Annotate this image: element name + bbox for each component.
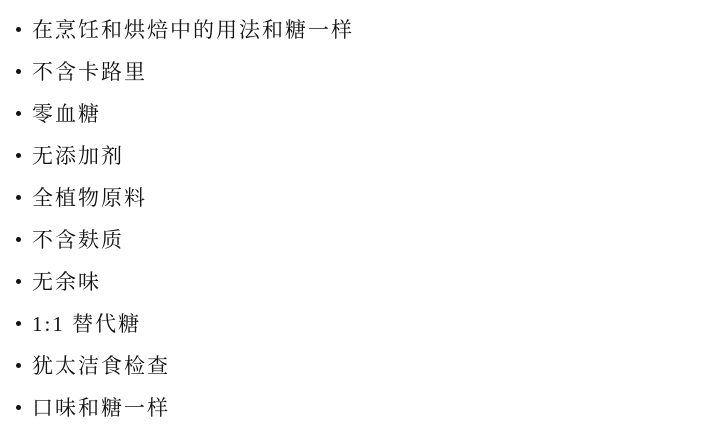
bullet-icon (16, 195, 21, 200)
bullet-icon (16, 69, 21, 74)
list-item-text: 无添加剂 (32, 140, 124, 170)
list-item: 零血糖 (0, 92, 720, 134)
list-item-text: 在烹饪和烘焙中的用法和糖一样 (32, 14, 354, 44)
page: 在烹饪和烘焙中的用法和糖一样不含卡路里零血糖无添加剂全植物原料不含麸质无余味1:… (0, 0, 720, 424)
list-item-text: 不含卡路里 (32, 56, 147, 86)
list-item-text: 不含麸质 (32, 224, 124, 254)
bullet-icon (16, 111, 21, 116)
list-item: 全植物原料 (0, 176, 720, 218)
list-item-text: 零血糖 (32, 98, 101, 128)
list-item: 不含麸质 (0, 218, 720, 260)
bullet-icon (16, 153, 21, 158)
list-item-text: 全植物原料 (32, 182, 147, 212)
list-item-text: 无余味 (32, 266, 101, 296)
list-item: 口味和糖一样 (0, 386, 720, 424)
list-item: 1:1 替代糖 (0, 302, 720, 344)
bullet-icon (16, 321, 21, 326)
list-item: 不含卡路里 (0, 50, 720, 92)
bullet-icon (16, 405, 21, 410)
bullet-icon (16, 279, 21, 284)
list-item: 在烹饪和烘焙中的用法和糖一样 (0, 8, 720, 50)
bullet-list: 在烹饪和烘焙中的用法和糖一样不含卡路里零血糖无添加剂全植物原料不含麸质无余味1:… (0, 0, 720, 424)
list-item-text: 口味和糖一样 (32, 392, 170, 422)
bullet-icon (16, 237, 21, 242)
bullet-icon (16, 363, 21, 368)
list-item-text: 1:1 替代糖 (32, 308, 141, 338)
bullet-icon (16, 27, 21, 32)
list-item: 犹太洁食检查 (0, 344, 720, 386)
list-item: 无添加剂 (0, 134, 720, 176)
list-item: 无余味 (0, 260, 720, 302)
list-item-text: 犹太洁食检查 (32, 350, 170, 380)
